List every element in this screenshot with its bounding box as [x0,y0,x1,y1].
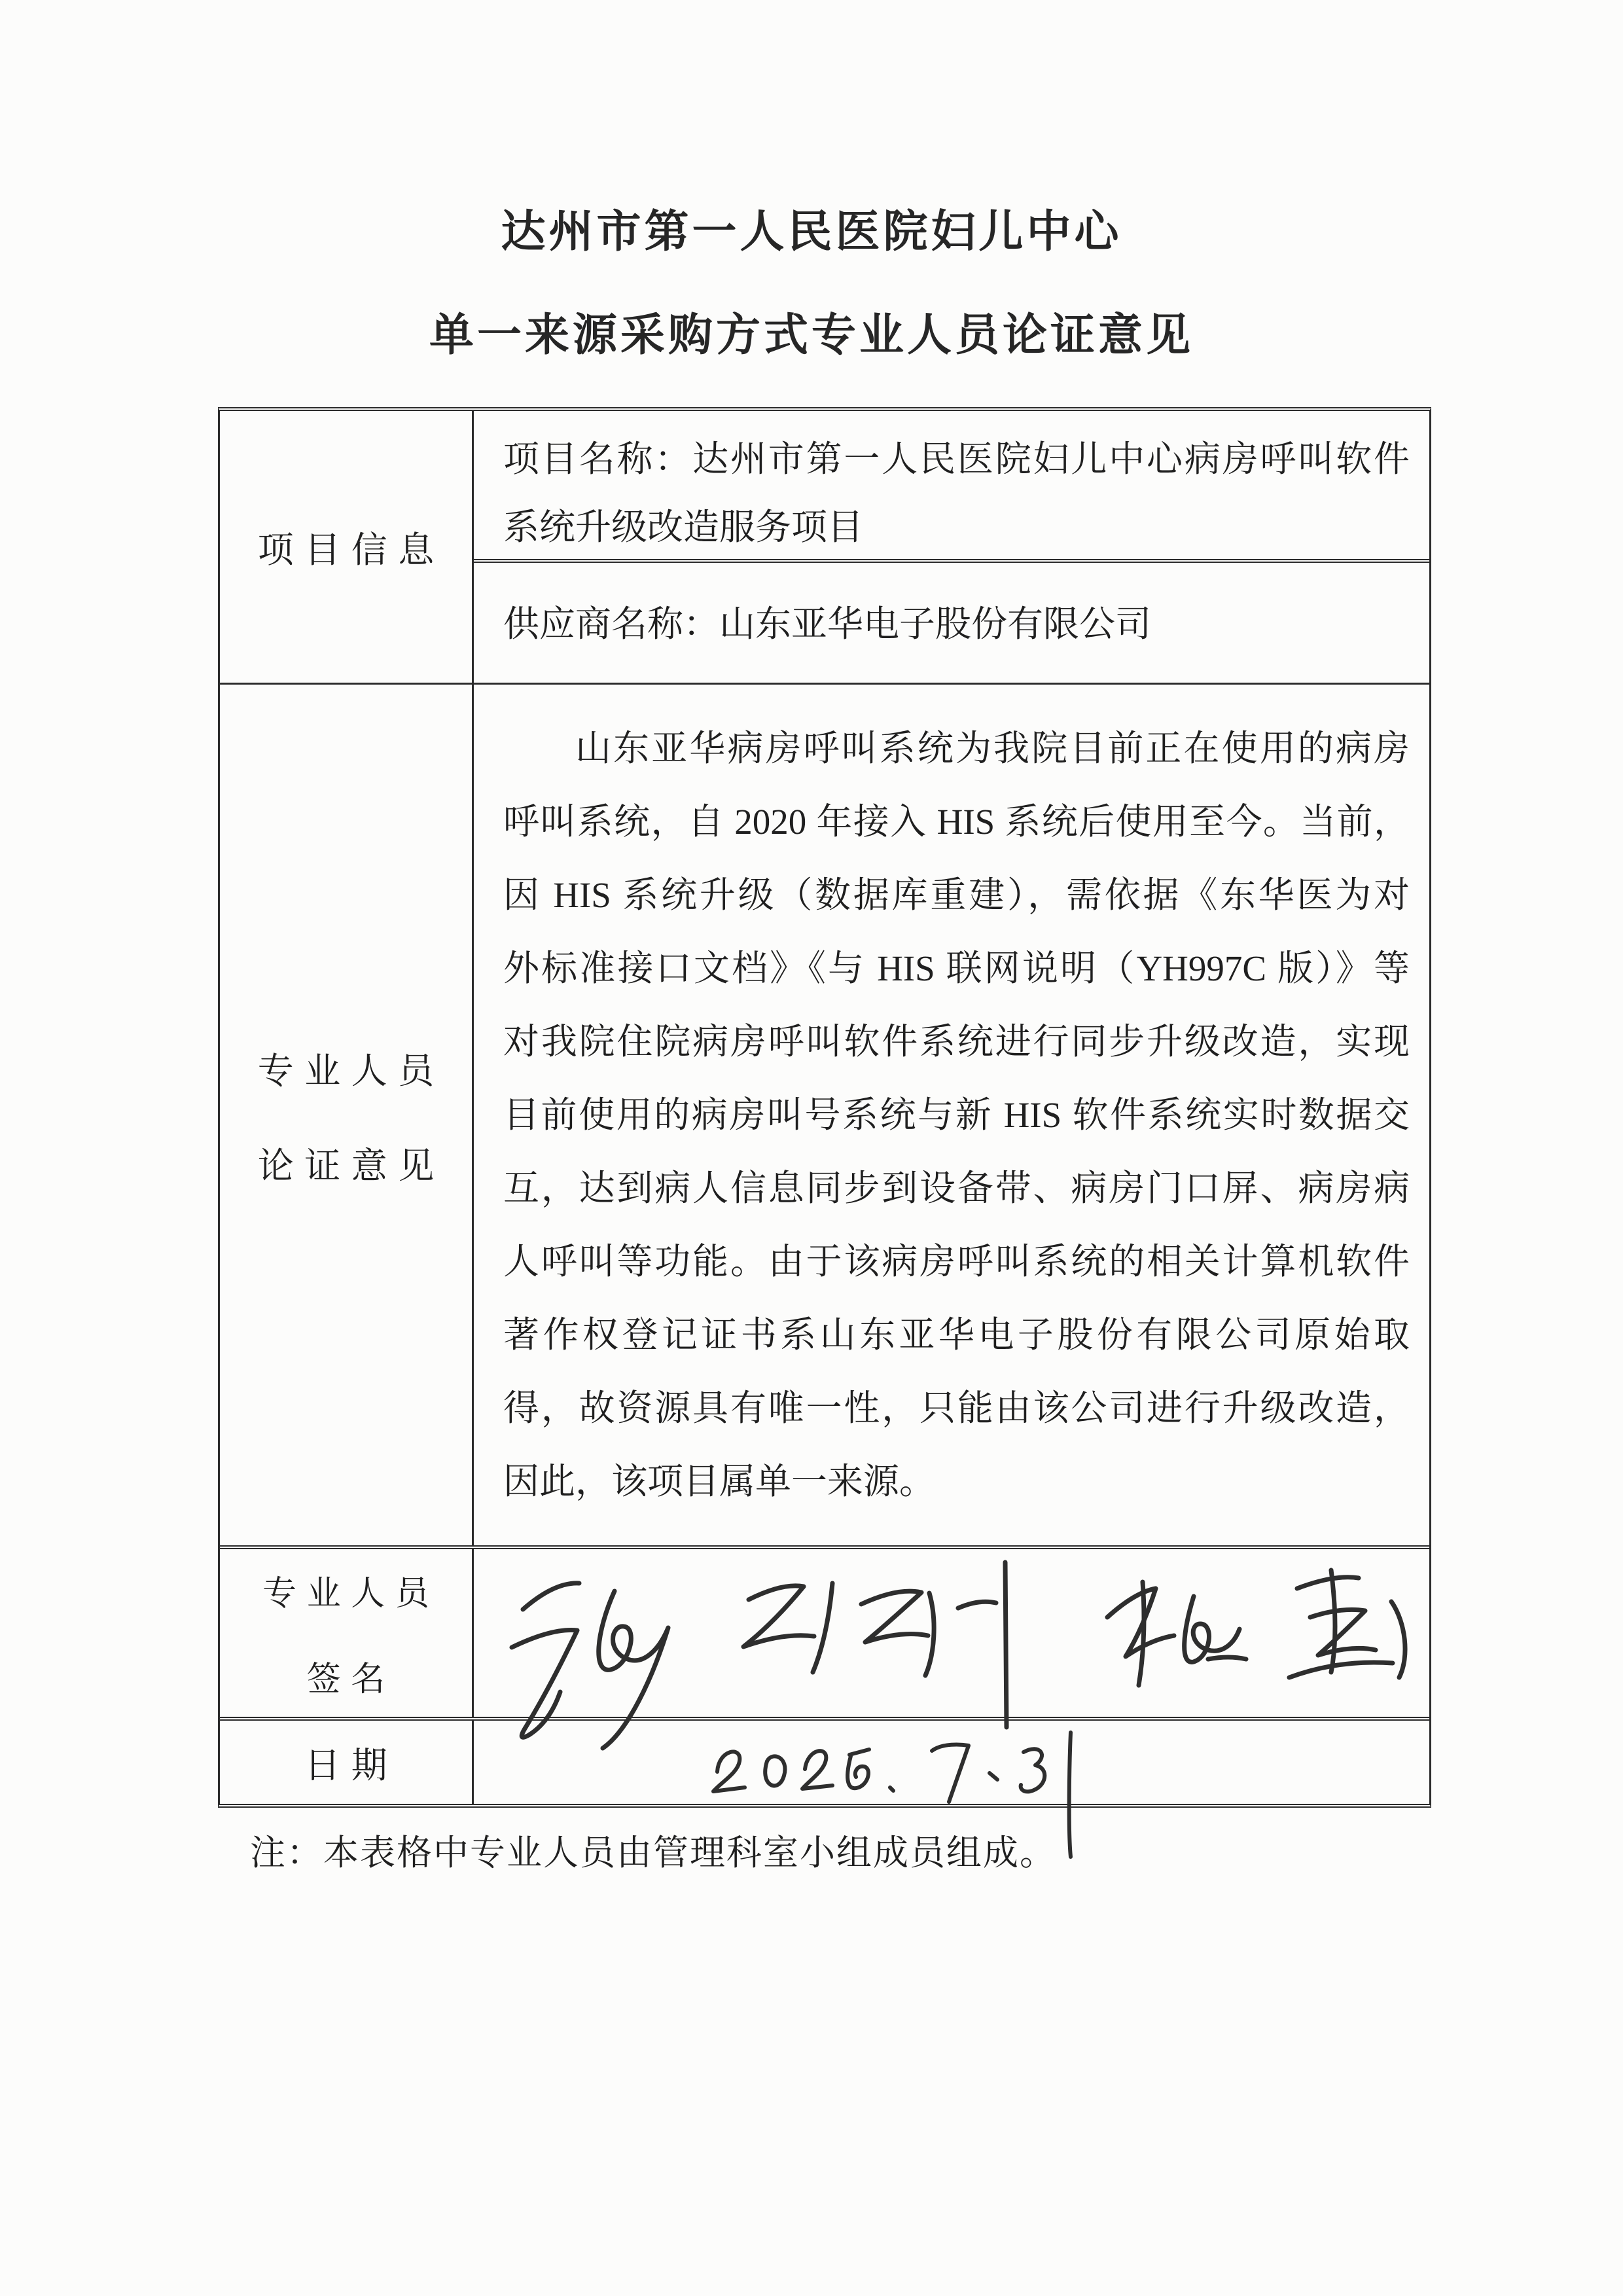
signature-4 [1289,1570,1405,1677]
table-row-opinion: 专业人员 论证意见 山东亚华病房呼叫系统为我院目前正在使用的病房 呼叫系统，自 … [220,683,1429,1545]
project-name-cell: 项目名称：达州市第一人民医院妇儿中心病房呼叫软件 系统升级改造服务项目 [474,411,1429,563]
opinion-line: 因 HIS 系统升级（数据库重建），需依据《东华医为对 [503,859,1410,932]
opinion-content-cell: 山东亚华病房呼叫系统为我院目前正在使用的病房 呼叫系统，自 2020 年接入 H… [474,685,1429,1545]
project-name-line2: 系统升级改造服务项目 [503,493,1410,562]
opinion-label-line2: 论证意见 [247,1137,445,1189]
opinion-line: 外标准接口文档》《与 HIS 联网说明（YH997C 版）》等 [503,932,1410,1005]
project-name-line1: 项目名称：达州市第一人民医院妇儿中心病房呼叫软件 [503,425,1410,493]
signature-label-line2: 签名 [296,1651,395,1700]
certification-table: 项目信息 项目名称：达州市第一人民医院妇儿中心病房呼叫软件 系统升级改造服务项目… [218,407,1431,1808]
scanned-document-page: 达州市第一人民医院妇儿中心 单一来源采购方式专业人员论证意见 项目信息 项目名称… [0,0,1623,2296]
supplier-name-cell: 供应商名称：山东亚华电子股份有限公司 [474,563,1429,679]
opinion-label-line1: 专业人员 [247,1042,445,1094]
opinion-label-cell: 专业人员 论证意见 [220,685,474,1545]
opinion-line: 目前使用的病房叫号系统与新 HIS 软件系统实时数据交 [503,1079,1410,1152]
opinion-line: 著作权登记证书系山东亚华电子股份有限公司原始取 [503,1299,1410,1372]
table-row-date: 日期 [220,1717,1429,1804]
project-info-label: 项目信息 [247,521,445,573]
opinion-line: 山东亚华病房呼叫系统为我院目前正在使用的病房 [503,712,1410,785]
supplier-name-line: 供应商名称：山东亚华电子股份有限公司 [503,595,1151,647]
project-info-content-cell: 项目名称：达州市第一人民医院妇儿中心病房呼叫软件 系统升级改造服务项目 供应商名… [474,411,1429,683]
project-info-label-cell: 项目信息 [220,411,474,683]
opinion-paragraph: 山东亚华病房呼叫系统为我院目前正在使用的病房 呼叫系统，自 2020 年接入 H… [474,685,1429,1518]
footnote: 注：本表格中专业人员由管理科室小组成员组成。 [250,1825,1056,1875]
document-title-line2: 单一来源采购方式专业人员论证意见 [0,300,1623,363]
opinion-line: 对我院住院病房呼叫软件系统进行同步升级改造，实现 [503,1005,1410,1079]
signature-content-cell [474,1549,1429,1717]
date-label-cell: 日期 [220,1721,474,1804]
table-row-project-info: 项目信息 项目名称：达州市第一人民医院妇儿中心病房呼叫软件 系统升级改造服务项目… [220,411,1429,683]
document-title-line1: 达州市第一人民医院妇儿中心 [0,196,1623,260]
opinion-line: 互，达到病人信息同步到设备带、病房门口屏、病房病 [503,1152,1410,1225]
signature-label-cell: 专业人员 签名 [220,1549,474,1717]
opinion-line: 人呼叫等功能。由于该病房呼叫系统的相关计算机软件 [503,1225,1410,1299]
opinion-line: 得，故资源具有唯一性，只能由该公司进行升级改造， [503,1372,1410,1445]
signature-label-line1: 专业人员 [253,1566,440,1615]
opinion-line: 因此，该项目属单一来源。 [503,1445,1410,1518]
opinion-line: 呼叫系统，自 2020 年接入 HIS 系统后使用至今。当前， [503,785,1410,859]
date-content-cell [474,1721,1429,1804]
table-row-signatures: 专业人员 签名 [220,1545,1429,1717]
signature-3 [1107,1582,1246,1685]
date-label: 日期 [294,1736,399,1788]
